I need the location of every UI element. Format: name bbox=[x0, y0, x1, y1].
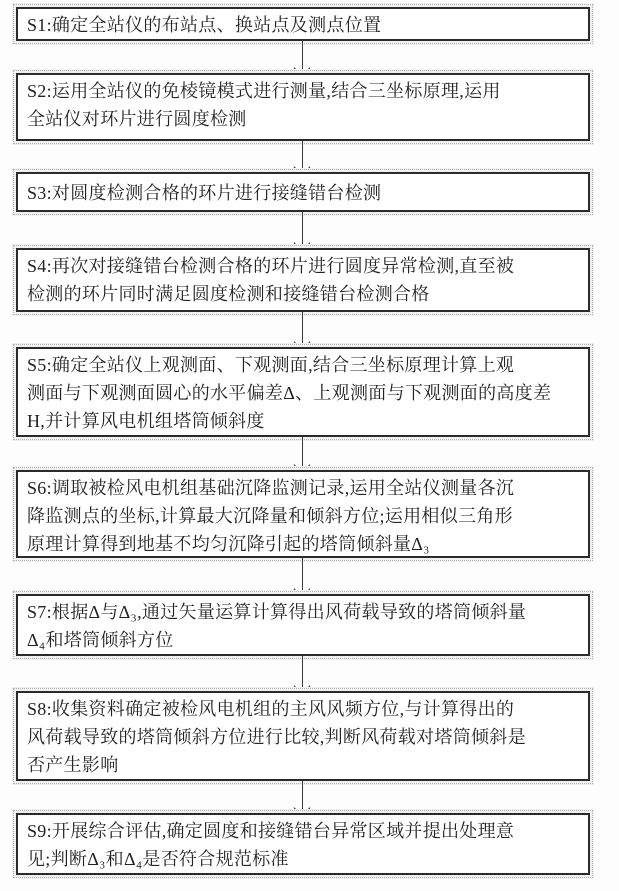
flow-arrow bbox=[302, 41, 303, 73]
flow-step-s2: S2:运用全站仪的免棱镜模式进行测量,结合三坐标原理,运用 全站仪对环片进行圆度… bbox=[16, 73, 590, 141]
flow-step-s5-text: S5:确定全站仪上观测面、下观测面,结合三坐标原理计算上观 测面与下观测面圆心的… bbox=[27, 351, 580, 435]
flow-step-s7-text: S7:根据Δ与Δ₃,通过矢量运算计算得出风荷载导致的塔筒倾斜量 Δ₄和塔筒倾斜方… bbox=[27, 598, 580, 654]
flow-arrow bbox=[302, 312, 303, 347]
flowchart-figure: S1:确定全站仪的布站点、换站点及测点位置 S2:运用全站仪的免棱镜模式进行测量… bbox=[0, 0, 619, 891]
flow-arrow bbox=[302, 437, 303, 470]
flow-step-s6: S6:调取被检风电机组基础沉降监测记录,运用全站仪测量各沉 降监测点的坐标,计算… bbox=[16, 470, 590, 558]
flow-step-s3: S3:对圆度检测合格的环片进行接缝错台检测 bbox=[16, 172, 590, 212]
flow-step-s5: S5:确定全站仪上观测面、下观测面,结合三坐标原理计算上观 测面与下观测面圆心的… bbox=[16, 347, 590, 437]
flow-step-s8: S8:收集资料确定被检风电机组的主风风频方位,与计算得出的 风荷载导致的塔筒倾斜… bbox=[16, 691, 590, 781]
flow-step-s7: S7:根据Δ与Δ₃,通过矢量运算计算得出风荷载导致的塔筒倾斜量 Δ₄和塔筒倾斜方… bbox=[16, 594, 590, 656]
flow-step-s4: S4:再次对接缝错台检测合格的环片进行圆度异常检测,直至被 检测的环片同时满足圆… bbox=[16, 248, 590, 312]
flow-arrow bbox=[302, 212, 303, 248]
flow-step-s3-text: S3:对圆度检测合格的环片进行接缝错台检测 bbox=[27, 179, 580, 207]
flow-arrow bbox=[302, 781, 303, 813]
flow-step-s2-text: S2:运用全站仪的免棱镜模式进行测量,结合三坐标原理,运用 全站仪对环片进行圆度… bbox=[27, 77, 580, 133]
flow-arrow bbox=[302, 558, 303, 594]
flow-step-s4-text: S4:再次对接缝错台检测合格的环片进行圆度异常检测,直至被 检测的环片同时满足圆… bbox=[27, 252, 580, 308]
flow-step-s8-text: S8:收集资料确定被检风电机组的主风风频方位,与计算得出的 风荷载导致的塔筒倾斜… bbox=[27, 695, 580, 779]
flow-arrow bbox=[302, 141, 303, 172]
flow-step-s9: S9:开展综合评估,确定圆度和接缝错台异常区域并提出处理意 见;判断Δ₃和Δ₄是… bbox=[16, 813, 590, 875]
flow-step-s1-text: S1:确定全站仪的布站点、换站点及测点位置 bbox=[27, 11, 580, 39]
flow-step-s9-text: S9:开展综合评估,确定圆度和接缝错台异常区域并提出处理意 见;判断Δ₃和Δ₄是… bbox=[27, 817, 580, 873]
flow-step-s6-text: S6:调取被检风电机组基础沉降监测记录,运用全站仪测量各沉 降监测点的坐标,计算… bbox=[27, 474, 580, 558]
flow-step-s1: S1:确定全站仪的布站点、换站点及测点位置 bbox=[16, 7, 590, 41]
flow-arrow bbox=[302, 656, 303, 691]
